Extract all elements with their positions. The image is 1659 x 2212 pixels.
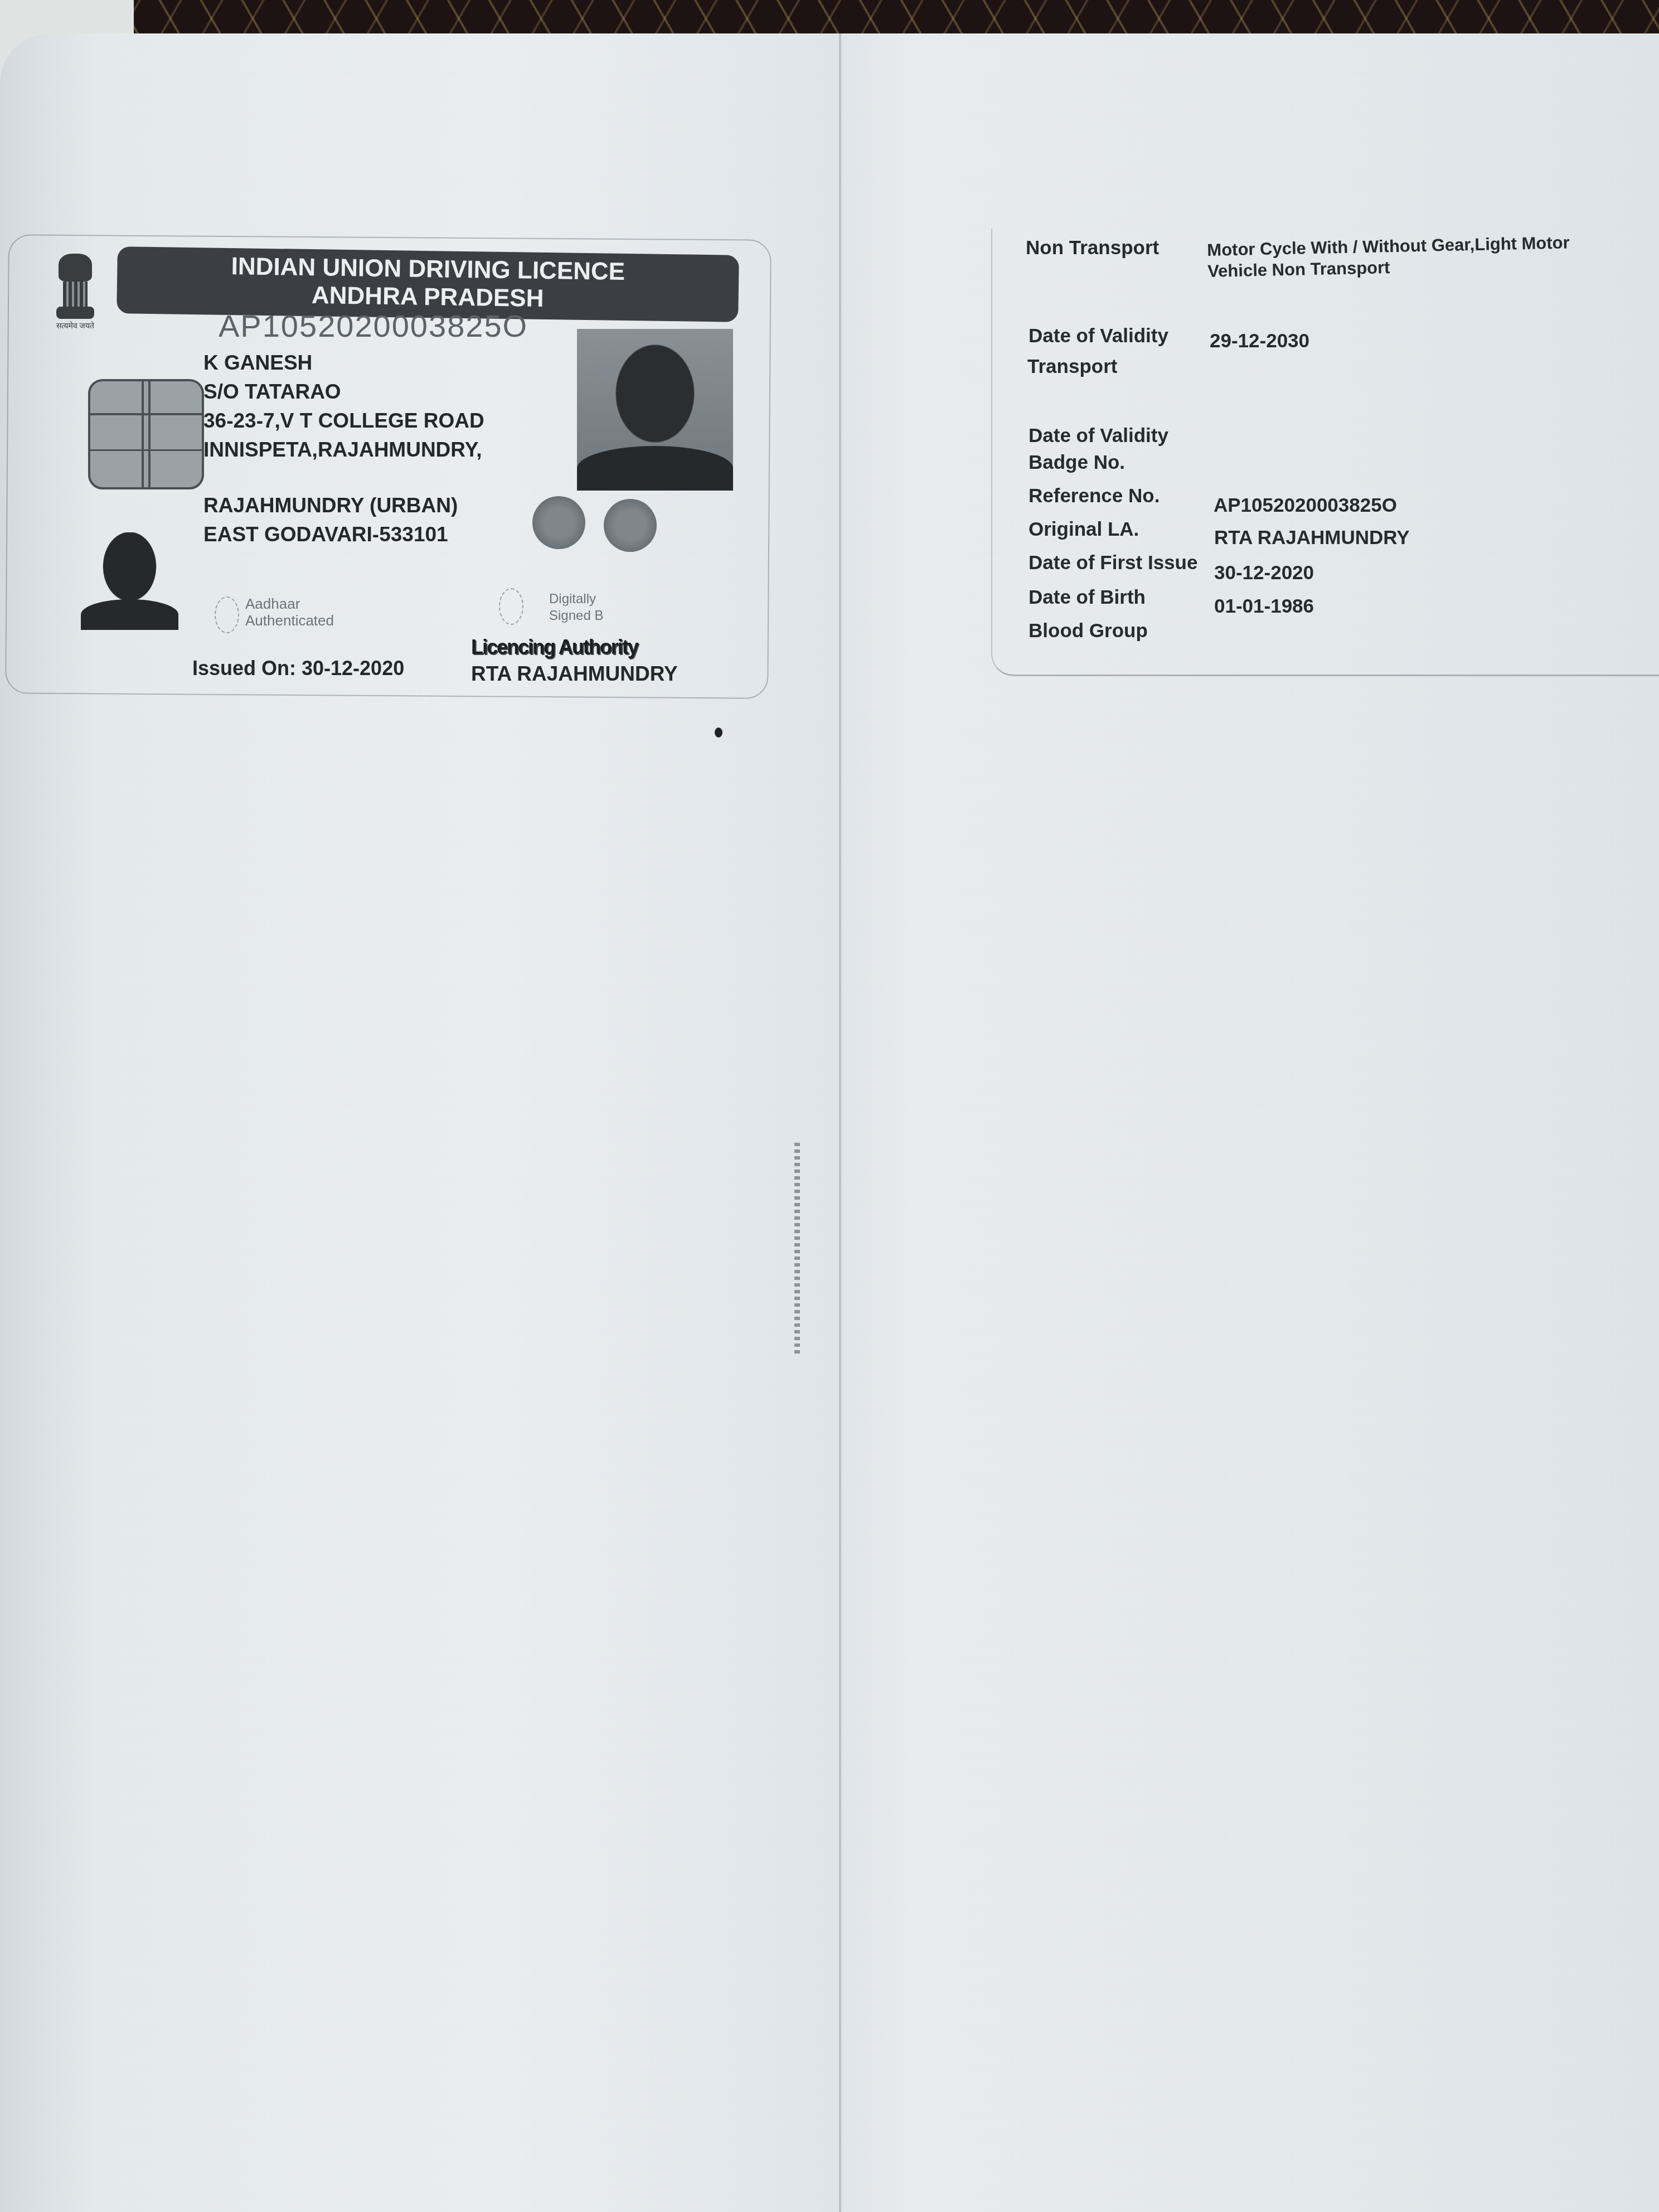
field-value-dob: 01-01-1986 [1214, 595, 1314, 618]
issued-on: Issued On: 30-12-2020 [192, 657, 404, 680]
aadhaar-seal-icon [215, 596, 239, 633]
field-label-transport: Transport [1027, 356, 1117, 378]
field-label-validity-t: Date of Validity [1029, 425, 1168, 447]
field-label-validity-nt: Date of Validity [1029, 325, 1168, 347]
holder-relation: S/O TATARAO [203, 377, 484, 406]
holder-photo [577, 329, 733, 491]
scan-artifact [794, 1143, 800, 1355]
licensing-authority-label: Licencing Authority [471, 636, 638, 659]
thumbprint-left-icon [532, 496, 585, 549]
aadhaar-badge: Aadhaar Authenticated [245, 595, 334, 629]
thumbprint-right-icon [604, 499, 657, 552]
center-fold [839, 33, 841, 2212]
smart-chip-icon [88, 379, 204, 489]
field-label-first-issue: Date of First Issue [1029, 552, 1197, 574]
ink-dot [715, 727, 722, 738]
field-label-blood-group: Blood Group [1029, 620, 1148, 642]
address-line-1: 36-23-7,V T COLLEGE ROAD [203, 406, 484, 435]
holder-ghost-photo [81, 532, 178, 630]
field-label-dob: Date of Birth [1029, 586, 1146, 609]
licence-number: AP1052020003825O [219, 308, 528, 344]
field-label-non-transport: Non Transport [1026, 237, 1159, 259]
address-line-4: EAST GODAVARI-533101 [203, 520, 484, 549]
field-label-reference-no: Reference No. [1029, 485, 1160, 507]
field-value-validity-nt: 29-12-2030 [1210, 330, 1309, 352]
field-value-reference-no: AP1052020003825O [1214, 494, 1397, 517]
emblem-motto: सत्यमेव जयते [53, 321, 98, 331]
class-of-vehicle: Motor Cycle With / Without Gear,Light Mo… [1207, 232, 1570, 282]
field-label-original-la: Original LA. [1029, 518, 1139, 541]
licensing-authority: RTA RAJAHMUNDRY [471, 662, 678, 686]
field-label-badge-no: Badge No. [1029, 452, 1125, 474]
field-value-first-issue: 30-12-2020 [1214, 562, 1314, 584]
national-emblem-icon: सत्यमेव जयते [53, 254, 98, 332]
digital-signature-badge: Digitally Signed B [549, 591, 603, 624]
holder-details: K GANESH S/O TATARAO 36-23-7,V T COLLEGE… [203, 348, 484, 549]
address-line-3: RAJAHMUNDRY (URBAN) [203, 491, 484, 520]
holder-name: K GANESH [203, 348, 484, 377]
digital-signature-check-icon [499, 588, 523, 625]
field-value-original-la: RTA RAJAHMUNDRY [1214, 527, 1410, 549]
address-line-2: INNISPETA,RAJAHMUNDRY, [203, 435, 484, 464]
